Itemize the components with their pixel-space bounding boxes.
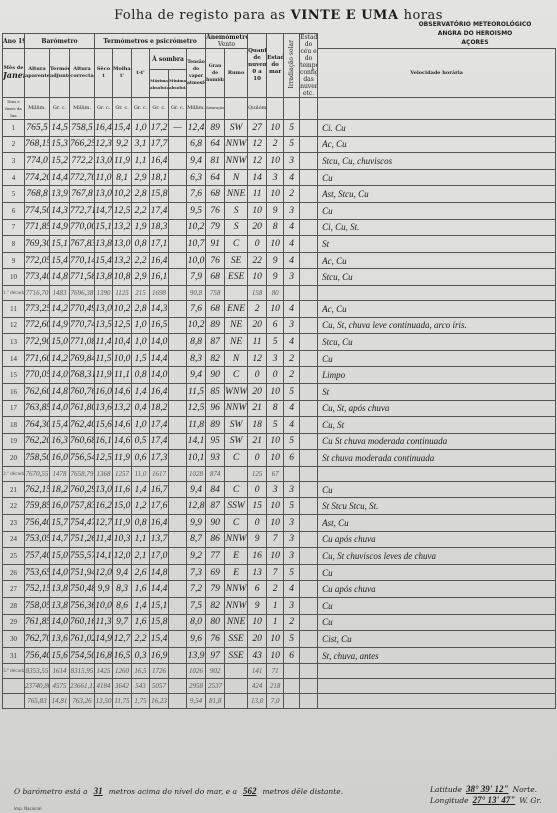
veloc-cell: 125	[248, 466, 267, 481]
nuvens-cell: 71	[267, 664, 284, 679]
molh-cell: 12,5	[113, 202, 132, 219]
month-header: Mês deJaneiro	[3, 49, 25, 98]
unit: Millim.	[70, 98, 95, 120]
sky-state-cell: Cu após chuva	[318, 581, 556, 598]
irradiation-cell	[300, 120, 318, 137]
alt_corr-cell: 772,2	[70, 153, 95, 170]
molh-cell: 15,0	[113, 498, 132, 515]
alt_ap-cell: 774,20	[25, 169, 50, 186]
seco-cell: 13,8	[95, 269, 113, 286]
day-cell: 14	[3, 350, 25, 367]
max-cell: 1726	[150, 664, 169, 679]
irradiation-cell	[300, 433, 318, 450]
min-cell	[169, 417, 187, 434]
nuvens-cell: 67	[267, 466, 284, 481]
alt_ap-cell: 770,05	[25, 367, 50, 384]
rumo-cell	[225, 694, 248, 709]
diff-cell: 0,6	[132, 450, 150, 467]
sky-state-cell: Ac, Cu	[318, 300, 556, 317]
barometer-distance: 562	[237, 786, 263, 796]
nuvens-cell: 10	[267, 300, 284, 317]
unit: Millim.	[187, 98, 206, 120]
seco-cell: 11,5	[95, 350, 113, 367]
irradiation-cell	[300, 498, 318, 515]
seco-cell: 13,0	[95, 300, 113, 317]
humid-cell: 76	[206, 252, 225, 269]
term-cell: 14,9	[50, 219, 70, 236]
rumo-cell: C	[225, 481, 248, 498]
molh-cell: 11,6	[113, 481, 132, 498]
veloc-cell: 158	[248, 285, 267, 300]
alt_corr-cell: 7658,79	[70, 466, 95, 481]
printer-note: Imp. Nacional	[14, 806, 41, 811]
irradiation-cell	[300, 236, 318, 253]
table-row: 28758,0513,8756,3610,08,61,415,17,582NNW…	[3, 598, 556, 615]
min-cell	[169, 548, 187, 565]
tensao-cell: 12,8	[187, 498, 206, 515]
shade-header: À sombra	[150, 49, 187, 70]
rumo-cell	[225, 285, 248, 300]
max-cell: 13,7	[150, 531, 169, 548]
rumo-cell: SSE	[225, 647, 248, 664]
sky-state-cell: Cu	[318, 564, 556, 581]
irradiation-cell	[300, 219, 318, 236]
mar-cell: 5	[284, 120, 300, 137]
molh-cell: 13,0	[113, 236, 132, 253]
tensao-cell: 10,7	[187, 236, 206, 253]
max-cell: 15,4	[150, 631, 169, 648]
min-cell	[169, 252, 187, 269]
unit: Quilóm.	[248, 98, 267, 120]
humid-cell: 84	[206, 481, 225, 498]
table-row: 5768,813,9767,813,010,22,815,87,668NNE11…	[3, 186, 556, 203]
diff-cell: 215	[132, 285, 150, 300]
humid-cell: 90	[206, 515, 225, 532]
min-cell	[169, 300, 187, 317]
veloc-cell: 2	[248, 300, 267, 317]
irradiation-cell	[300, 694, 318, 709]
alt_corr-cell: 766,25	[70, 136, 95, 153]
humid-cell: 79	[206, 581, 225, 598]
table-row: 21762,1518,2760,2913,011,61,416,79,484C0…	[3, 481, 556, 498]
table-row: 9772,0515,4770,1415,413,22,216,410,076SE…	[3, 252, 556, 269]
tensao-cell: 10,2	[187, 219, 206, 236]
table-row: 6774,5014,3772,7114,712,52,217,49,576S10…	[3, 202, 556, 219]
min-cell	[169, 202, 187, 219]
nuvens-cell: 1	[267, 598, 284, 615]
max-cell: 15,1	[150, 598, 169, 615]
title-prefix: Folha de registo para as	[114, 8, 286, 23]
veloc-cell: 22	[248, 252, 267, 269]
nuvens-cell: 10	[267, 647, 284, 664]
tensao-cell: 12,5	[187, 400, 206, 417]
diff-cell: 1,6	[132, 614, 150, 631]
molh-cell: 10,8	[113, 269, 132, 286]
veloc-cell: 20	[248, 631, 267, 648]
seco-cell: 16,4	[95, 120, 113, 137]
min-cell	[169, 269, 187, 286]
seco-cell: 12,5	[95, 450, 113, 467]
max-cell: 17,4	[150, 433, 169, 450]
nuvens-cell: 10	[267, 153, 284, 170]
term-cell: 14,8	[50, 269, 70, 286]
coordinates: Latitude38° 39' 12"Norte. Longitude27° 1…	[430, 784, 542, 806]
mar-cell: 3	[284, 531, 300, 548]
max-cell: 5057	[150, 679, 169, 694]
altura-correcta-header: Altura correcta	[70, 49, 95, 98]
alt_corr-cell: 760,76	[70, 383, 95, 400]
alt_corr-cell: 772,70	[70, 169, 95, 186]
diff-cell: 1,0	[132, 120, 150, 137]
irradiation-cell	[300, 400, 318, 417]
veloc-cell: 21	[248, 400, 267, 417]
tensao-cell: 9,5	[187, 202, 206, 219]
min-cell	[169, 367, 187, 384]
seco-cell: 14,9	[95, 631, 113, 648]
term-cell: 14,2	[50, 350, 70, 367]
alt_ap-cell: 756,40	[25, 515, 50, 532]
mar-cell: 5	[284, 564, 300, 581]
alt_corr-cell: 760,68	[70, 433, 95, 450]
tensao-cell: 11,8	[187, 417, 206, 434]
humid-cell: 97	[206, 647, 225, 664]
max-cell: 16,4	[150, 153, 169, 170]
molh-cell: 10,3	[113, 531, 132, 548]
rumo-cell: C	[225, 367, 248, 384]
molh-cell: 11,9	[113, 153, 132, 170]
diff-cell: 1,0	[132, 334, 150, 351]
humid-cell: 89	[206, 317, 225, 334]
day-cell: 7	[3, 219, 25, 236]
rumo-cell: C	[225, 515, 248, 532]
table-row: 3774,015,2772,213,011,91,116,49,481NNW12…	[3, 153, 556, 170]
term-cell: 16,0	[50, 498, 70, 515]
seco-cell: 11,9	[95, 367, 113, 384]
veloc-cell: 20	[248, 383, 267, 400]
seco-cell: 13,6	[95, 400, 113, 417]
alt_corr-cell: 760,16	[70, 614, 95, 631]
alt_corr-cell: 751,94	[70, 564, 95, 581]
wind-direction-header: Rumo	[225, 49, 248, 98]
min-cell	[169, 136, 187, 153]
mar-cell: 4	[284, 417, 300, 434]
humid-cell: 64	[206, 136, 225, 153]
seco-cell: 11,4	[95, 531, 113, 548]
unit: Millim.	[25, 98, 50, 120]
day-cell: 12	[3, 317, 25, 334]
table-row: 8769,3015,1767,8313,813,00,817,110,791C0…	[3, 236, 556, 253]
day-cell: 17	[3, 400, 25, 417]
seco-cell: 13,0	[95, 153, 113, 170]
term-cell: 4575	[50, 679, 70, 694]
humid-cell: 81	[206, 153, 225, 170]
alt_ap-cell: 7716,70	[25, 285, 50, 300]
alt_corr-cell: 754,47	[70, 515, 95, 532]
sky-state-cell: Cu	[318, 169, 556, 186]
mar-cell: 3	[284, 269, 300, 286]
solar-irradiation-header: Irradiação solar	[284, 34, 300, 98]
mar-cell: 6	[284, 450, 300, 467]
seco-cell: 1425	[95, 664, 113, 679]
sky-state-cell: St	[318, 236, 556, 253]
barometer-note: O barómetro está a31metros acima do níve…	[14, 786, 343, 796]
mar-cell: 3	[284, 153, 300, 170]
min-cell	[169, 531, 187, 548]
alt_corr-cell: 770,49	[70, 300, 95, 317]
term-cell: 14,8	[50, 383, 70, 400]
humid-cell: 902	[206, 664, 225, 679]
alt_ap-cell: 752,15	[25, 581, 50, 598]
tensao-cell: 1026	[187, 664, 206, 679]
diff-cell: 0,8	[132, 236, 150, 253]
alt_corr-cell: 770,74	[70, 317, 95, 334]
sky-state-cell: St, chuva, antes	[318, 647, 556, 664]
molh-cell: 8,3	[113, 581, 132, 598]
day-cell: 2	[3, 136, 25, 153]
alt_corr-cell: 761,02	[70, 631, 95, 648]
molh-cell: 14,6	[113, 433, 132, 450]
tensao-cell: 9,2	[187, 548, 206, 565]
min-header: Mínima absoluta	[169, 70, 187, 98]
veloc-cell: 9	[248, 531, 267, 548]
tensao-cell: 9,4	[187, 367, 206, 384]
humid-cell: 95	[206, 433, 225, 450]
alt_ap-cell: 765,83	[25, 694, 50, 709]
min-cell	[169, 598, 187, 615]
min-cell	[169, 564, 187, 581]
humid-cell: 68	[206, 186, 225, 203]
diff-cell: 1,0	[132, 317, 150, 334]
table-row: 22759,8516,0757,8316,215,01,217,612,887S…	[3, 498, 556, 515]
alt_ap-cell: 762,15	[25, 481, 50, 498]
veloc-cell: 18	[248, 417, 267, 434]
nuvens-cell: 9	[267, 269, 284, 286]
table-row: 2768,1515,3766,2512,39,23,117,76,864NNW1…	[3, 136, 556, 153]
term-cell: 16,3	[50, 433, 70, 450]
mar-cell: 4	[284, 400, 300, 417]
veloc-cell: 13,0	[248, 694, 267, 709]
mar-cell: 2	[284, 186, 300, 203]
diff-cell: 3,1	[132, 136, 150, 153]
veloc-cell: 0	[248, 515, 267, 532]
table-row: 20758,5016,0756,5412,511,90,617,310,193C…	[3, 450, 556, 467]
alt_corr-cell: 771,58	[70, 269, 95, 286]
term-cell: 13,8	[50, 598, 70, 615]
tensao-cell: 12,4	[187, 120, 206, 137]
term-cell: 14,0	[50, 400, 70, 417]
molh-cell: 8,6	[113, 598, 132, 615]
diff-cell: 2,9	[132, 269, 150, 286]
anemometer-header: AnemómetroVento	[206, 34, 248, 49]
min-cell	[169, 694, 187, 709]
humid-cell: 93	[206, 450, 225, 467]
alt_ap-cell: 761,85	[25, 614, 50, 631]
max-cell: 17,2	[150, 120, 169, 137]
humid-cell: 90	[206, 367, 225, 384]
min-cell	[169, 236, 187, 253]
day-cell: 21	[3, 481, 25, 498]
wind-speed-header: Velocidade horária	[318, 49, 556, 98]
table-row: 24753,0514,7751,2611,410,31,113,78,786NN…	[3, 531, 556, 548]
sky-state-cell: Stcu, Cu, chuviscos	[318, 153, 556, 170]
seco-cell: 1368	[95, 466, 113, 481]
sky-state-cell: St chuva moderada continuada	[318, 450, 556, 467]
mar-cell	[284, 285, 300, 300]
alt_corr-cell: 7696,38	[70, 285, 95, 300]
tensao-cell: 7,3	[187, 564, 206, 581]
rumo-cell: NNW	[225, 581, 248, 598]
tensao-cell: 1028	[187, 466, 206, 481]
table-row: 11773,2514,2770,4913,010,22,814,37,668EN…	[3, 300, 556, 317]
rumo-cell: E	[225, 548, 248, 565]
nuvens-cell: 1	[267, 614, 284, 631]
day-cell: 18	[3, 417, 25, 434]
seco-cell: 4184	[95, 679, 113, 694]
nuvens-cell: 0	[267, 367, 284, 384]
day-cell: 10	[3, 269, 25, 286]
sky-state-cell: Cist, Cu	[318, 631, 556, 648]
table-row: 18764,3015,4762,4015,614,61,017,411,889S…	[3, 417, 556, 434]
min-cell	[169, 350, 187, 367]
veloc-cell: 20	[248, 219, 267, 236]
day-cell: 8	[3, 236, 25, 253]
irradiation-cell	[300, 136, 318, 153]
molh-cell: 8,1	[113, 169, 132, 186]
unit	[318, 98, 556, 120]
molh-cell: 9,2	[113, 136, 132, 153]
rumo-cell: NNW	[225, 153, 248, 170]
max-cell: 16,4	[150, 383, 169, 400]
alt_corr-cell: 772,71	[70, 202, 95, 219]
seco-cell: 15,4	[95, 252, 113, 269]
max-cell: 14,4	[150, 581, 169, 598]
tensao-cell: 10,1	[187, 450, 206, 467]
molh-cell: 12,7	[113, 631, 132, 648]
nuvens-cell: 5	[267, 417, 284, 434]
nuvens-cell: 3	[267, 481, 284, 498]
molh-cell: 15,4	[113, 120, 132, 137]
mar-cell	[284, 694, 300, 709]
mar-cell: 4	[284, 300, 300, 317]
min-cell	[169, 400, 187, 417]
tensao-cell: 9,9	[187, 515, 206, 532]
sky-state-cell: Ast, Stcu, Cu	[318, 186, 556, 203]
day-cell: 27	[3, 581, 25, 598]
humid-cell: 758	[206, 285, 225, 300]
sea-state-header: Estado do mar	[267, 34, 284, 98]
veloc-cell: 0	[248, 236, 267, 253]
diff-cell: 2,6	[132, 564, 150, 581]
min-cell	[169, 285, 187, 300]
irradiation-cell	[300, 548, 318, 565]
tensao-cell: 9,6	[187, 631, 206, 648]
diff-cell: 1,4	[132, 598, 150, 615]
tensao-cell: 7,6	[187, 300, 206, 317]
alt_ap-cell: 762,70	[25, 631, 50, 648]
max-cell: 16,4	[150, 252, 169, 269]
mar-cell: 3	[284, 548, 300, 565]
irradiation-cell	[300, 417, 318, 434]
alt_ap-cell: 759,85	[25, 498, 50, 515]
table-row: 13772,9015,0771,0811,410,41,014,08,887NE…	[3, 334, 556, 351]
min-cell	[169, 383, 187, 400]
veloc-cell: 424	[248, 679, 267, 694]
day-cell: 1	[3, 120, 25, 137]
tensao-cell: 7,9	[187, 269, 206, 286]
seco-cell: 14,7	[95, 202, 113, 219]
veloc-cell: 14	[248, 169, 267, 186]
max-cell: 14,8	[150, 564, 169, 581]
molh-cell: 11,75	[113, 694, 132, 709]
min-cell	[169, 466, 187, 481]
nuvens-cell: 10	[267, 433, 284, 450]
mar-cell: 2	[284, 367, 300, 384]
tensao-cell: 10,2	[187, 317, 206, 334]
min-cell	[169, 317, 187, 334]
rumo-cell: WNW	[225, 383, 248, 400]
rumo-cell: C	[225, 236, 248, 253]
veloc-cell: 13	[248, 564, 267, 581]
sky-state-cell: Cu, St, após chuva	[318, 400, 556, 417]
molh-cell: 1257	[113, 466, 132, 481]
mar-cell: 5	[284, 433, 300, 450]
max-cell: 16,9	[150, 647, 169, 664]
irradiation-cell	[300, 631, 318, 648]
irradiation-cell	[300, 531, 318, 548]
mar-cell	[284, 466, 300, 481]
mar-cell: 3	[284, 317, 300, 334]
irradiation-cell	[300, 581, 318, 598]
irradiation-cell	[300, 252, 318, 269]
seco-cell: 13,8	[95, 236, 113, 253]
diff-cell: 0,5	[132, 433, 150, 450]
max-cell: 17,3	[150, 450, 169, 467]
tensao-cell: 6,3	[187, 169, 206, 186]
day-cell: 28	[3, 598, 25, 615]
diff-cell: 1,1	[132, 153, 150, 170]
rumo-cell: S	[225, 219, 248, 236]
tensao-cell: 8,8	[187, 334, 206, 351]
table-row: 14771,6014,2769,8411,510,01,514,48,382N1…	[3, 350, 556, 367]
irradiation-cell	[300, 614, 318, 631]
day-cell: 22	[3, 498, 25, 515]
alt_corr-cell: 771,08	[70, 334, 95, 351]
unit	[267, 98, 284, 120]
seco-cell: 16,8	[95, 647, 113, 664]
max-cell: 18,3	[150, 219, 169, 236]
alt_corr-cell: 762,40	[70, 417, 95, 434]
max-cell: 15,8	[150, 614, 169, 631]
irradiation-cell	[300, 269, 318, 286]
nuvens-cell: 10	[267, 236, 284, 253]
term-cell: 14,2	[50, 300, 70, 317]
rumo-cell: NE	[225, 317, 248, 334]
min-cell	[169, 581, 187, 598]
humid-cell: 80	[206, 614, 225, 631]
table-row: 19762,2016,3760,6816,114,60,517,414,195S…	[3, 433, 556, 450]
table-row: 1765,514,5758,516,415,41,017,2—12,489SW2…	[3, 120, 556, 137]
rumo-cell: C	[225, 450, 248, 467]
day-cell: 16	[3, 383, 25, 400]
latitude: Latitude38° 39' 12"Norte.	[430, 784, 542, 795]
table-row: 16762,6014,8760,7616,014,61,416,411,585W…	[3, 383, 556, 400]
max-cell: 1617	[150, 466, 169, 481]
rumo-cell: SW	[225, 417, 248, 434]
min-cell	[169, 647, 187, 664]
max-header: Máxima absoluta	[150, 70, 169, 98]
irradiation-cell	[300, 153, 318, 170]
veloc-cell: 12	[248, 136, 267, 153]
